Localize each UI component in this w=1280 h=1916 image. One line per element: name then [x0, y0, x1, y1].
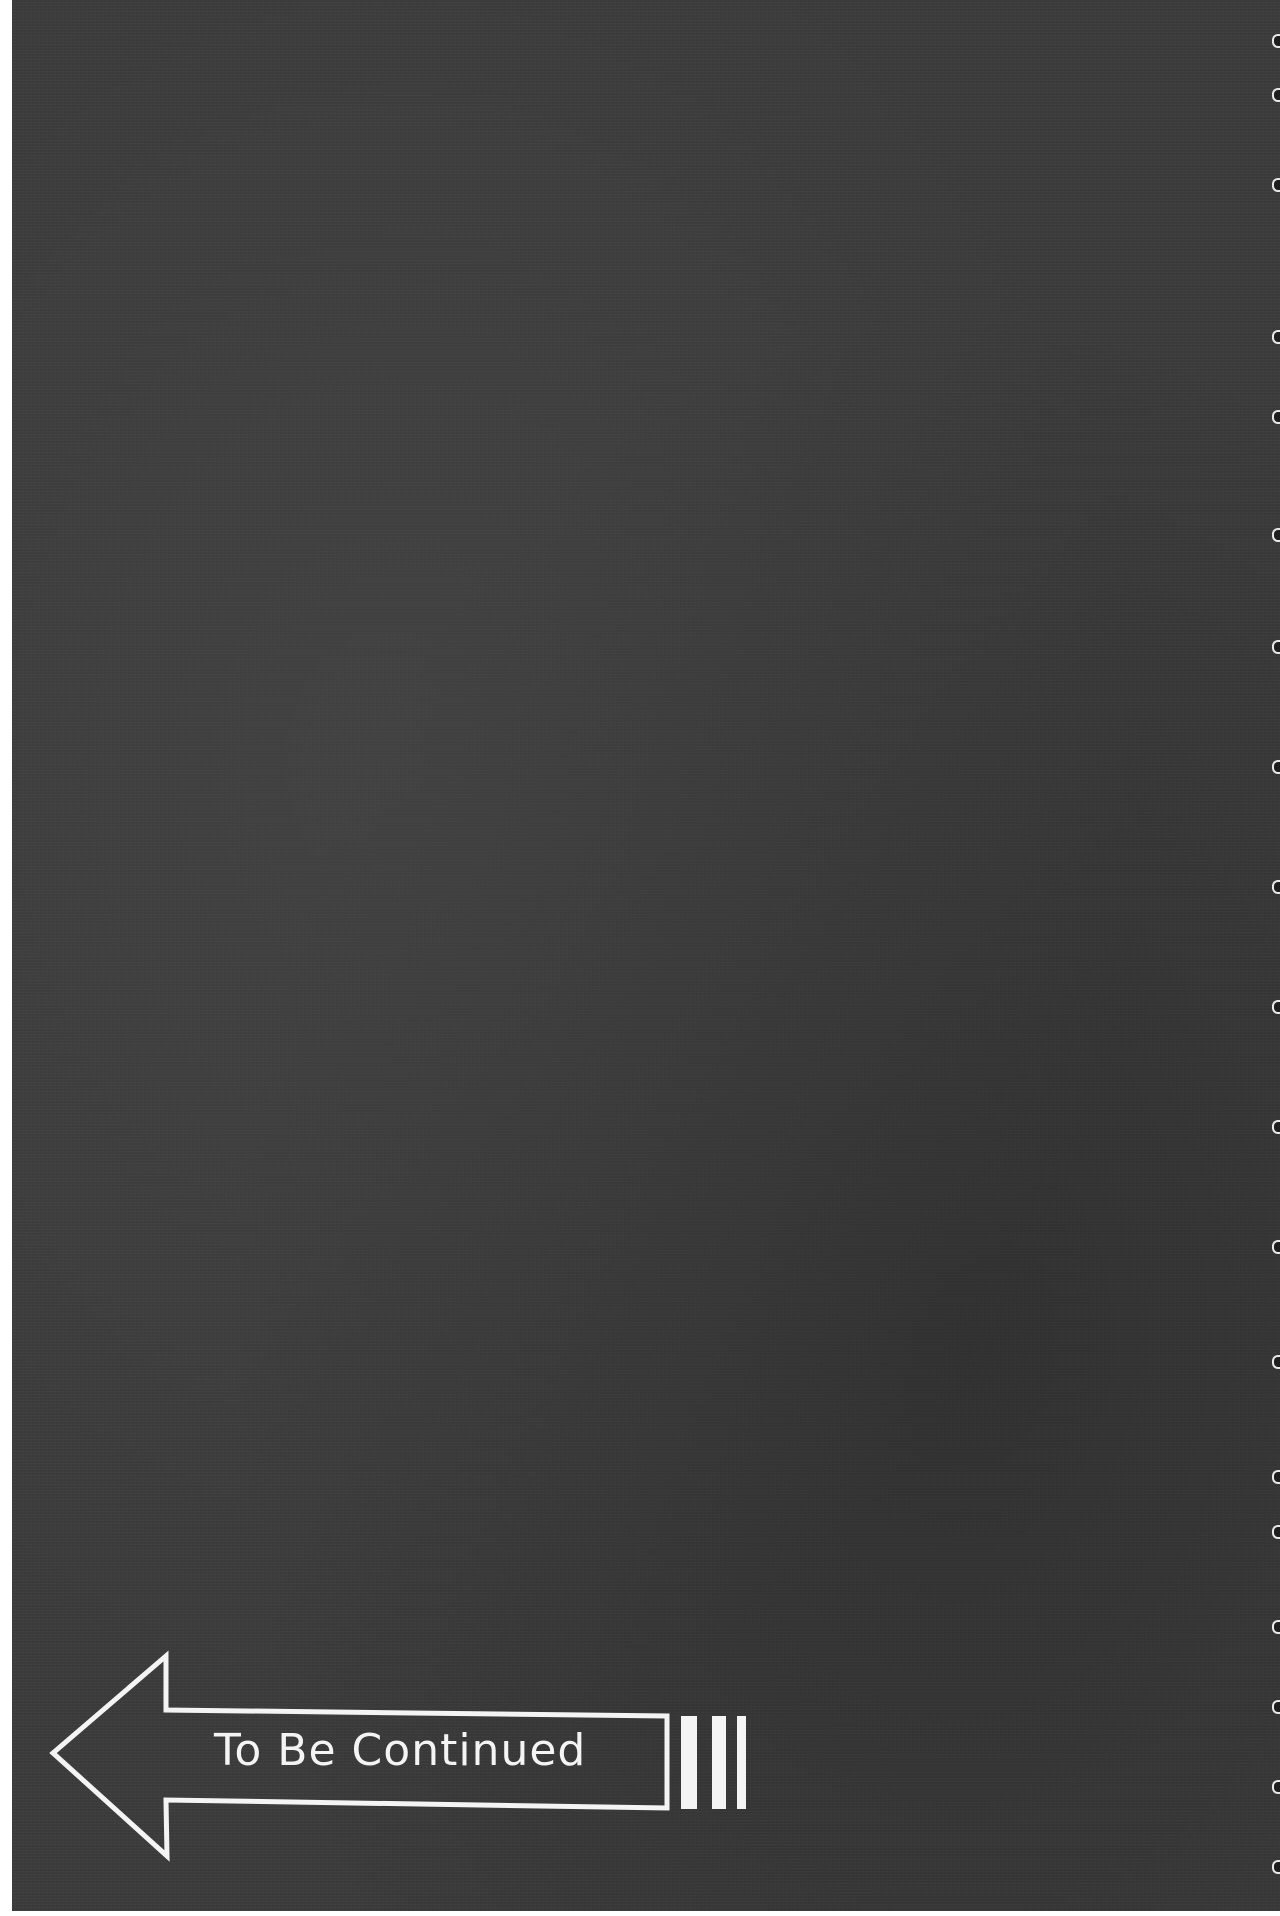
to-be-continued-arrow: [0, 0, 1280, 1916]
to-be-continued-label: To Be Continued: [214, 1725, 614, 1776]
trailing-bars: [681, 1716, 746, 1809]
